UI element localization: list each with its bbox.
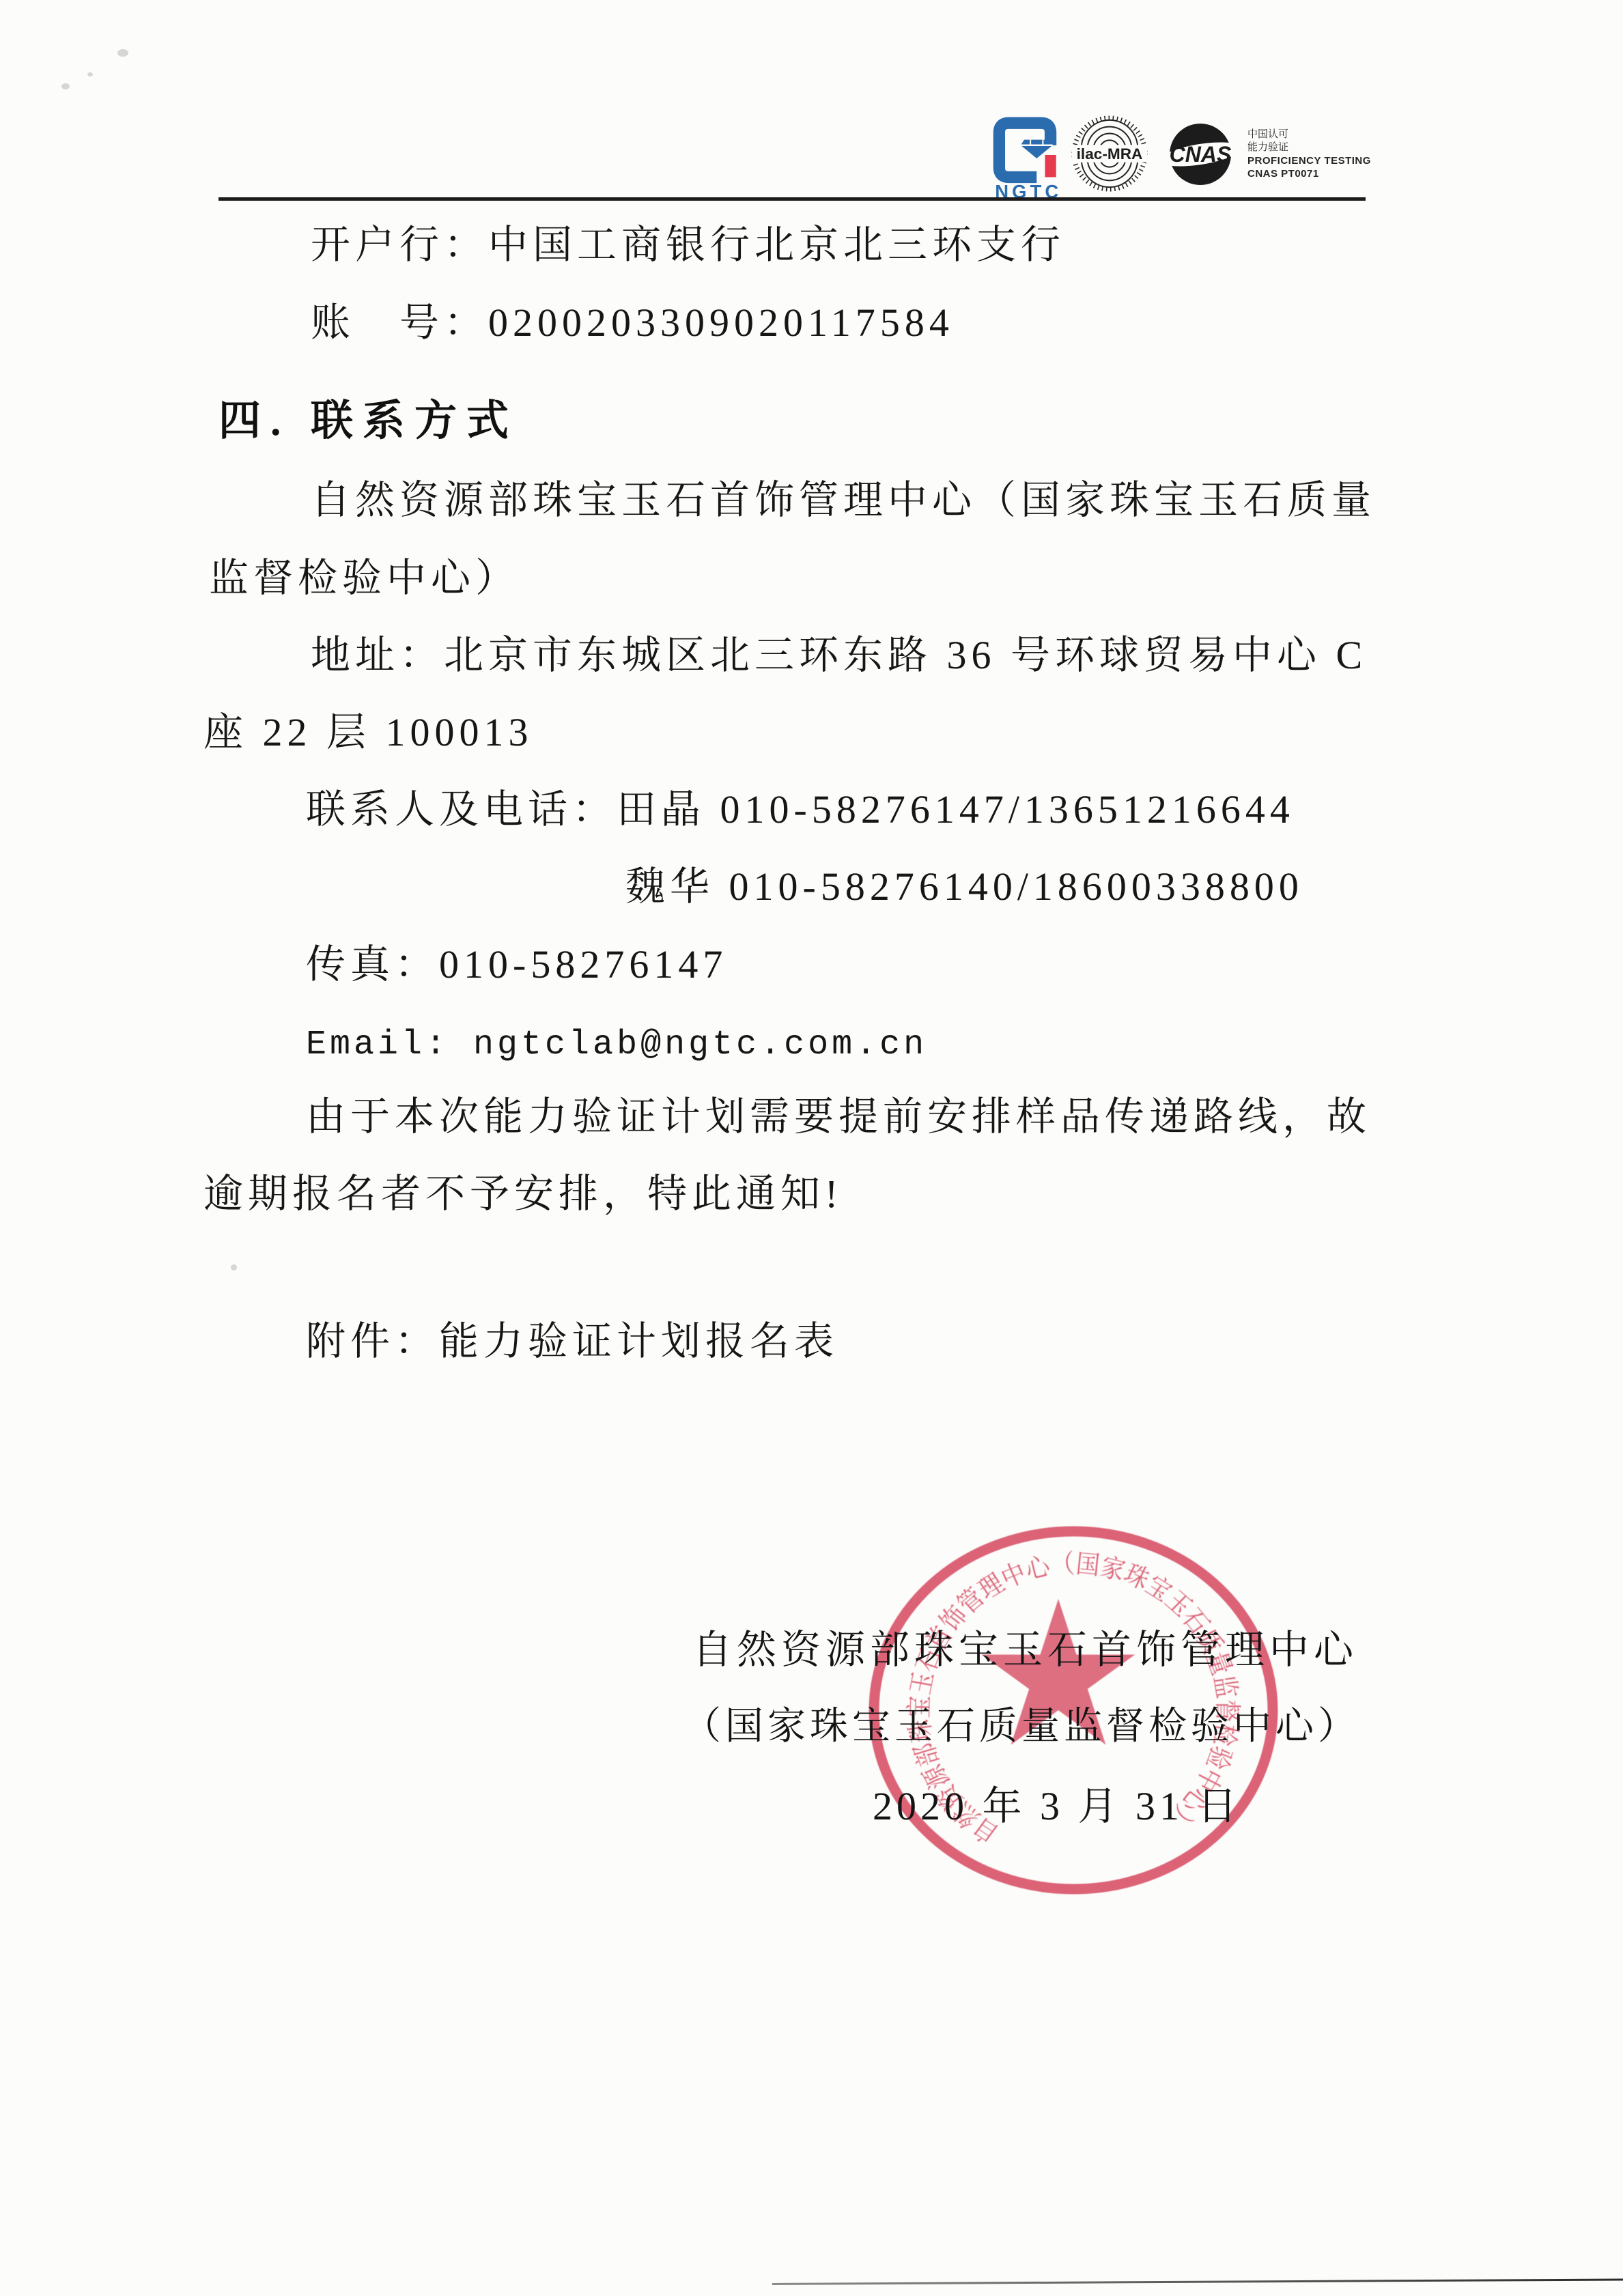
scan-speck (61, 83, 70, 89)
body-line-contact-1: 联系人及电话：田晶 010-58276147/13651216644 (306, 787, 1295, 832)
section-heading-contact: 四. 联系方式 (218, 399, 518, 444)
scan-speck (117, 49, 128, 57)
body-line-note: 由于本次能力验证计划需要提前安排样品传递路线，故 (306, 1094, 1371, 1139)
accreditation-line: 能力验证 (1247, 141, 1411, 154)
accreditation-line: CNAS PT0071 (1247, 167, 1411, 180)
body-line-fax: 传真：010-58276147 (306, 942, 727, 987)
body-line-address: 地址：北京市东城区北三环东路 36 号环球贸易中心 C (311, 633, 1367, 678)
body-line-account: 账 号：0200203309020117584 (311, 300, 954, 345)
ilac-logo-text: ilac-MRA (1077, 145, 1143, 162)
body-line-email: Email: ngtclab@ngtc.com.cn (306, 1023, 927, 1068)
cnas-logo-icon: CNAS (1161, 122, 1240, 187)
ngtc-logo-text: NGTC (995, 181, 1061, 199)
signature-org-line1: 自然资源部珠宝玉石首饰管理中心 (692, 1617, 1358, 1675)
accreditation-line: PROFICIENCY TESTING (1247, 154, 1411, 167)
body-line-address-cont: 座 22 层 100013 (203, 710, 533, 755)
body-line-attachment: 附件：能力验证计划报名表 (306, 1319, 838, 1364)
ngtc-red-bar (1045, 155, 1056, 178)
document-page: NGTC ilac-MRA CNAS 中国认可 能力验证 PROFICIENCY… (0, 0, 1623, 2296)
ilac-mra-logo-icon: ilac-MRA (1069, 113, 1150, 194)
ngtc-logo-icon: NGTC (990, 115, 1061, 199)
body-line-note-cont: 逾期报名者不予安排，特此通知! (203, 1172, 843, 1217)
scan-speck (87, 72, 93, 76)
accreditation-line: 中国认可 (1247, 128, 1411, 141)
signature-date: 2020 年 3 月 31 日 (873, 1774, 1241, 1831)
scan-speck (231, 1264, 237, 1271)
cnas-logo-text: CNAS (1170, 142, 1232, 167)
body-line-bank: 开户行：中国工商银行北京北三环支行 (311, 223, 1065, 268)
header-divider-line (218, 197, 1366, 201)
body-line-contact-2: 魏华 010-58276140/18600338800 (625, 864, 1303, 909)
signature-org-line2: （国家珠宝玉石质量监督检验中心） (683, 1696, 1360, 1751)
body-line-org: 自然资源部珠宝玉石首饰管理中心（国家珠宝玉石质量 (311, 478, 1376, 523)
accreditation-text-block: 中国认可 能力验证 PROFICIENCY TESTING CNAS PT007… (1247, 128, 1411, 180)
footer-divider-line (772, 2278, 1623, 2285)
body-line-org-cont: 监督检验中心） (209, 556, 520, 601)
